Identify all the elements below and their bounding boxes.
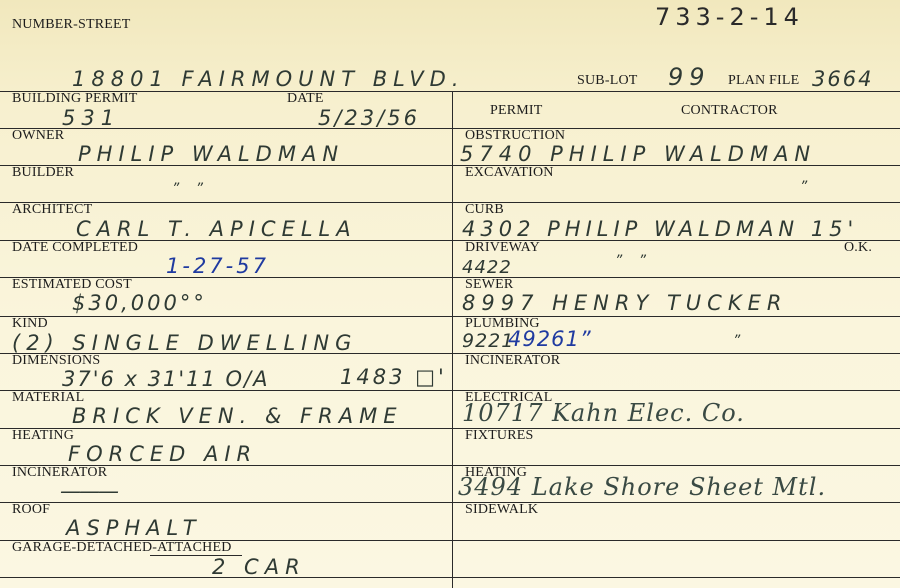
excavation-value: ” [800,176,813,198]
heating-value-right: 3494 Lake Shore Sheet Mtl. [458,476,826,498]
building-permit-value: 531 [62,107,120,129]
material-value: BRICK VEN. & FRAME [72,405,402,427]
permit-date-value: 5/23/56 [318,107,420,129]
builder-label: BUILDER [12,166,74,180]
garage-label: GARAGE-DETACHED-ATTACHED [12,541,232,555]
driveway-ditto: ” ” [615,250,652,272]
estimated-cost-value: $30,000°° [72,292,207,314]
date-completed-label: DATE COMPLETED [12,241,138,255]
plan-file-label: PLAN FILE [728,74,799,88]
kind-label: KIND [12,317,48,331]
contractor-header: CONTRACTOR [681,104,778,118]
estimated-cost-label: ESTIMATED COST [12,278,132,292]
date-completed-value: 1-27-57 [166,255,269,277]
driveway-value: 4422 [462,257,512,279]
permit-header: PERMIT [490,104,543,118]
roof-label: ROOF [12,503,50,517]
plumbing-value-b: 49261” [508,328,592,350]
incinerator-value-left: ——— [60,480,117,502]
architect-value: CARL T. APICELLA [76,218,357,240]
driveway-ok: O.K. [844,241,872,255]
material-label: MATERIAL [12,391,84,405]
sewer-label: SEWER [465,278,513,292]
architect-label: ARCHITECT [12,203,92,217]
dimensions-label: DIMENSIONS [12,354,100,368]
plan-file-value: 3664 [812,68,873,90]
sub-lot-value: 99 [668,66,711,88]
area-value: 1483 □' [340,366,447,388]
address: 18801 FAIRMOUNT BLVD. [72,68,465,90]
electrical-value: 10717 Kahn Elec. Co. [462,402,745,424]
obstruction-value: 5740 PHILIP WALDMAN [460,143,816,165]
dimensions-value: 37'6 x 31'11 O/A [62,368,270,390]
plumbing-value-a: 9221 [462,330,514,352]
building-permit-label: BUILDING PERMIT [12,92,138,106]
heating-value-left: FORCED AIR [68,443,257,465]
builder-value: ” ” [172,178,209,200]
excavation-label: EXCAVATION [465,166,554,180]
owner-label: OWNER [12,129,64,143]
garage-detached-label: GARAGE-DETACHED- [12,540,157,555]
owner-value: PHILIP WALDMAN [78,143,344,165]
number-street-label: NUMBER-STREET [12,18,131,32]
roof-value: ASPHALT [66,517,202,539]
sub-lot-label: SUB-LOT [577,74,638,88]
kind-value: (2) SINGLE DWELLING [12,332,357,354]
obstruction-label: OBSTRUCTION [465,129,565,143]
fixtures-label: FIXTURES [465,429,534,443]
sidewalk-label: SIDEWALK [465,503,538,517]
incinerator-label-left: INCINERATOR [12,466,107,480]
incinerator-label-right: INCINERATOR [465,354,560,368]
curb-value: 4302 PHILIP WALDMAN 15' [462,218,858,240]
heating-label-left: HEATING [12,429,74,443]
permit-card: NUMBER-STREET 733-2-14 18801 FAIRMOUNT B… [0,0,900,588]
date-label: DATE [287,92,324,106]
garage-value: 2 CAR [212,556,306,578]
plumbing-ditto: ” [733,330,746,352]
driveway-label: DRIVEWAY [465,241,540,255]
file-number: 733-2-14 [655,6,804,28]
sewer-value: 8997 HENRY TUCKER [462,292,787,314]
garage-attached-label: ATTACHED [157,540,231,555]
curb-label: CURB [465,203,504,217]
